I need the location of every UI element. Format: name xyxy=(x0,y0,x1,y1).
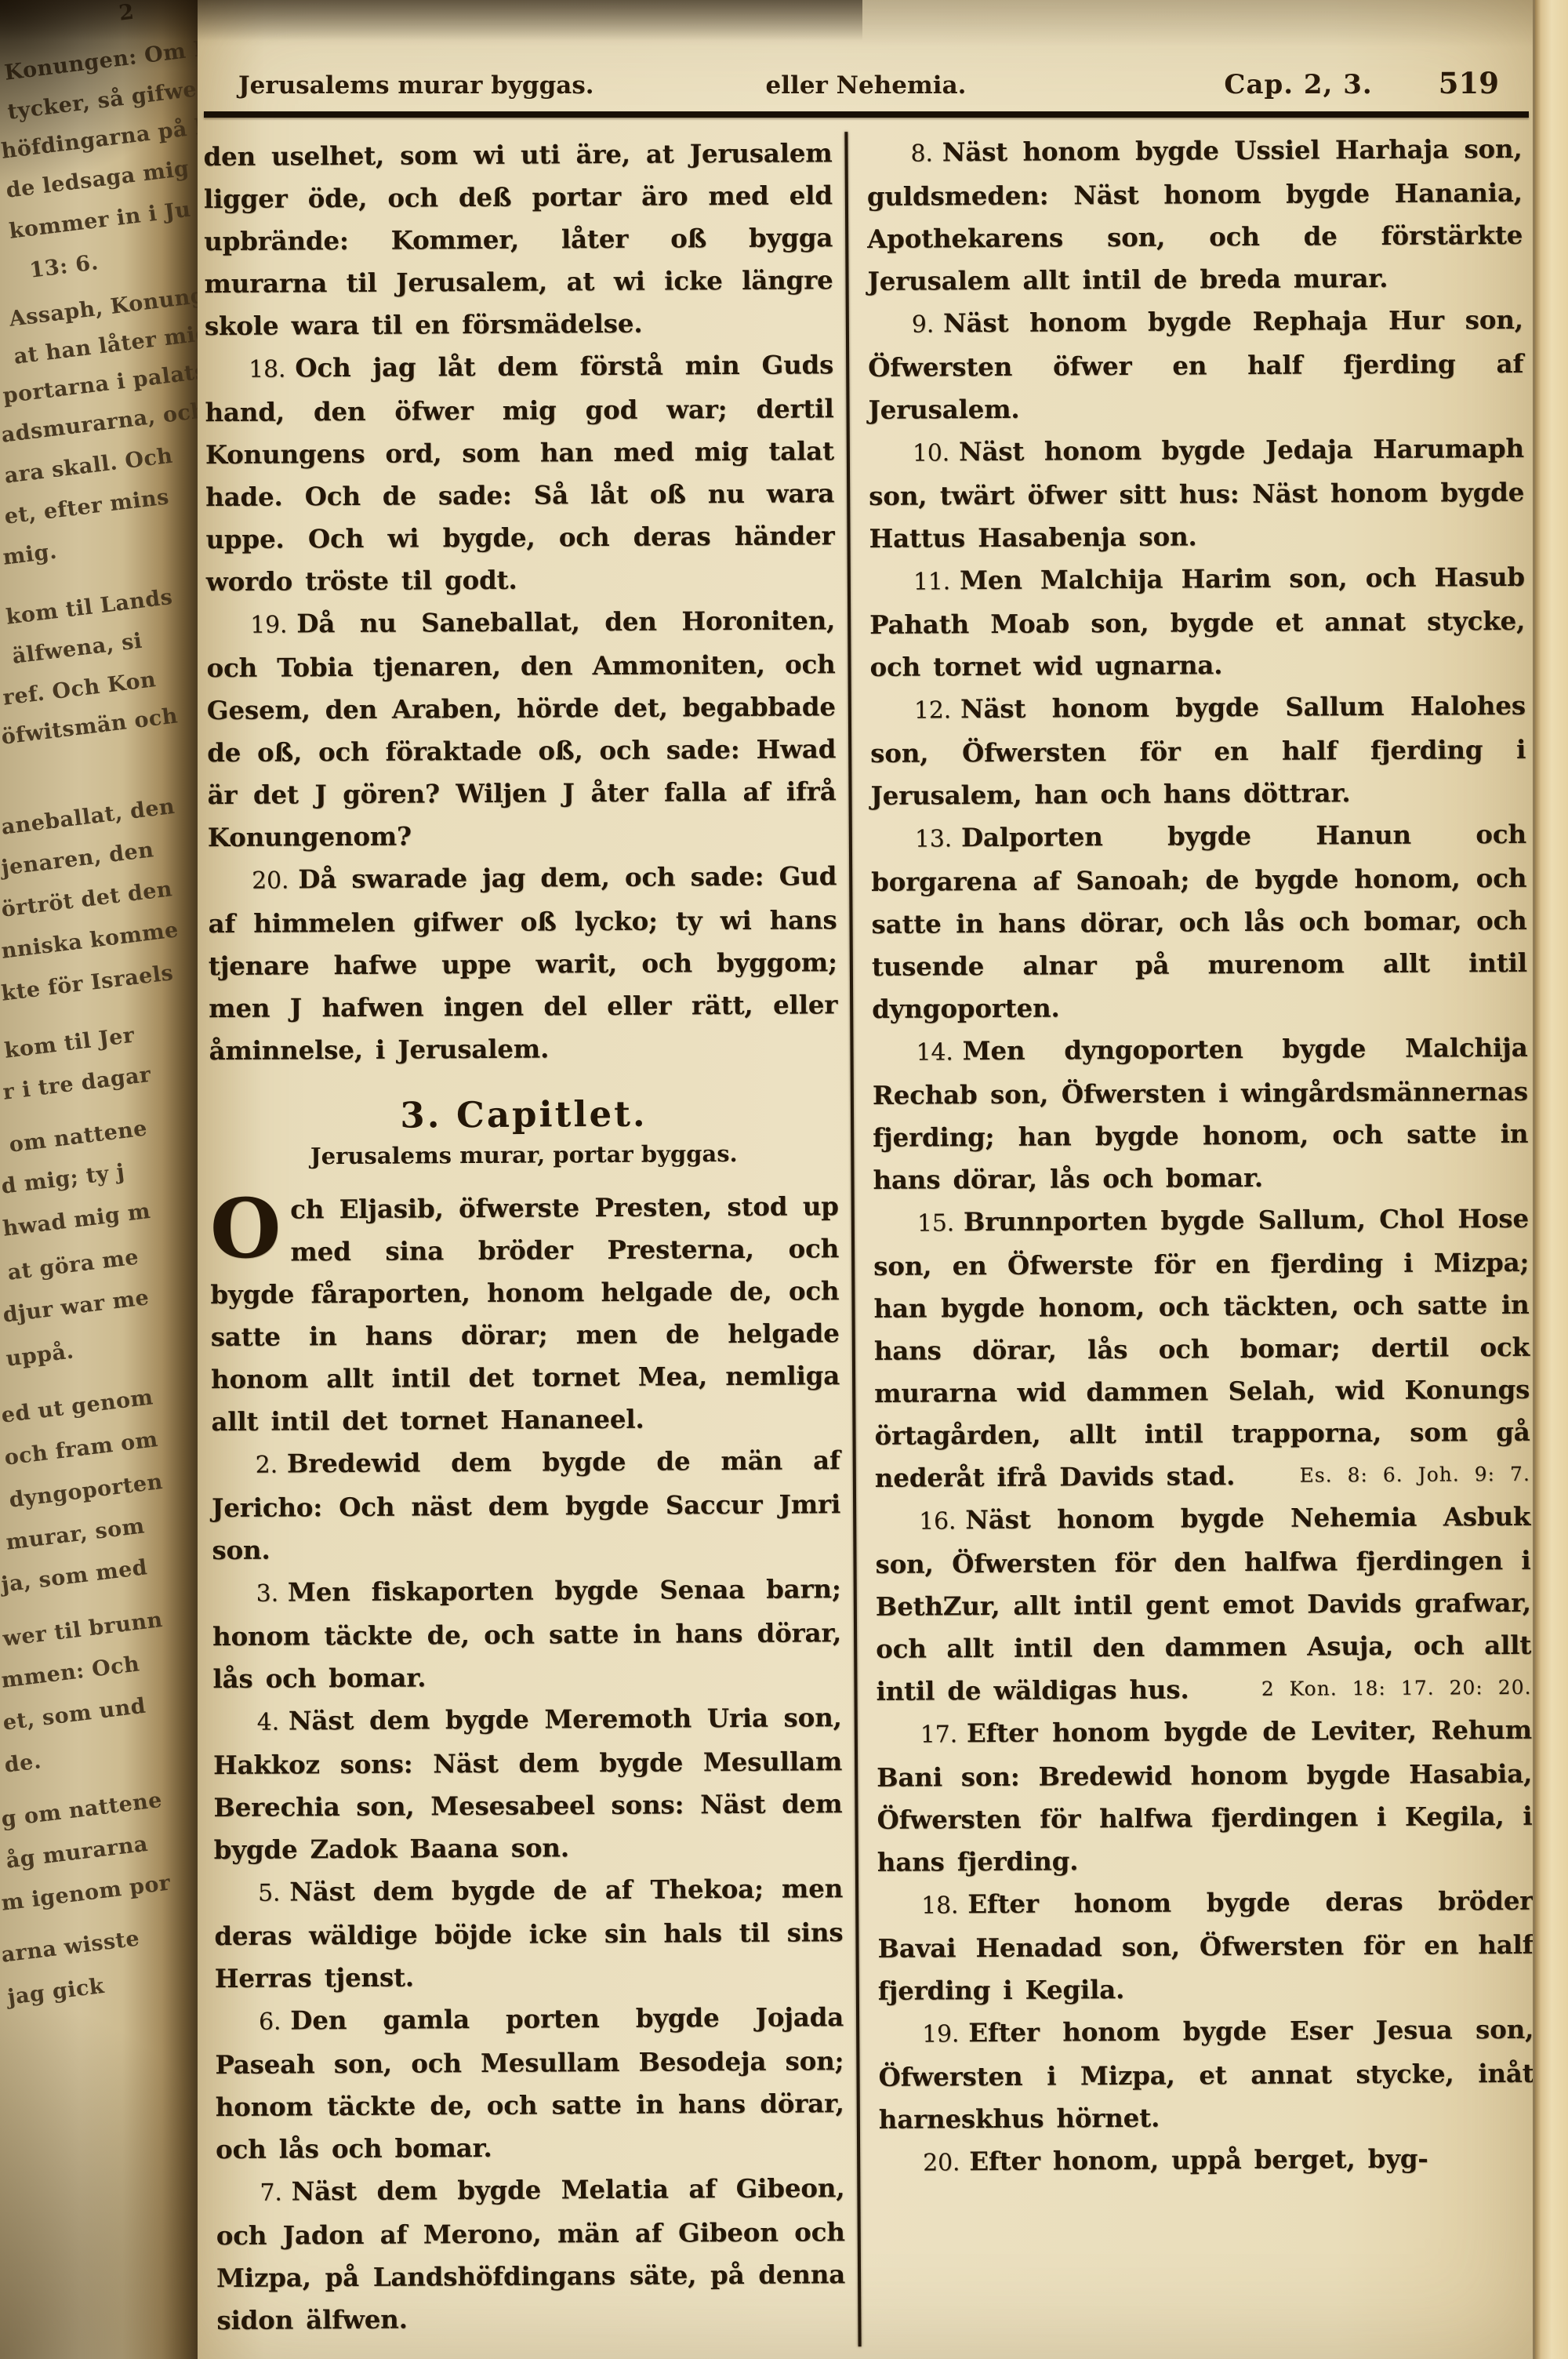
cross-reference: Es. 8: 6. Joh. 9: 7. xyxy=(1255,1453,1530,1497)
margin-fragment: at han låter mig xyxy=(13,321,198,369)
margin-fragment: ref. Och Kon xyxy=(2,667,158,711)
verse-number: 7. xyxy=(260,2179,291,2207)
chapter-subtitle: Jerusalems murar, portar byggas. xyxy=(209,1140,838,1170)
margin-fragment: adsmurarna, och xyxy=(0,398,198,448)
column-divider xyxy=(844,132,861,2346)
margin-fragment: murar, som xyxy=(5,1514,146,1554)
margin-fragment: de. xyxy=(3,1749,42,1777)
right-page-edge xyxy=(1533,0,1568,2359)
margin-fragment: hwad mig m xyxy=(2,1199,152,1241)
verse-number: 13. xyxy=(915,825,961,852)
margin-fragment: jag gick xyxy=(6,1974,106,2010)
verse-text: Efter honom bygde Eser Jesua son, Öfwers… xyxy=(878,2014,1534,2135)
verse-number: 12. xyxy=(914,696,960,724)
verse-text: den uselhet, som wi uti äre, at Jerusale… xyxy=(203,137,833,341)
verse-number: 14. xyxy=(916,1038,962,1066)
verse-paragraph: 14.Men dyngoporten bygde Malchija Rechab… xyxy=(872,1027,1528,1201)
verse-text: Och jag låt dem förstå min Guds hand, de… xyxy=(205,349,834,597)
verse-paragraph: 17.Efter honom bygde de Leviter, Rehum B… xyxy=(877,1709,1533,1884)
verse-number: 15. xyxy=(917,1209,964,1237)
margin-fragment: uppå. xyxy=(5,1339,75,1371)
verse-text: Näst honom bygde Rephaja Hur son, Öfwers… xyxy=(868,304,1523,425)
verse-paragraph: 19.Efter honom bygde Eser Jesua son, Öfw… xyxy=(878,2008,1534,2141)
verse-number: 10. xyxy=(913,439,959,467)
verse-paragraph: 11.Men Malchija Harim son, och Hasub Pah… xyxy=(869,556,1526,689)
margin-fragment: och fram om xyxy=(3,1427,159,1470)
left-column: den uselhet, som wi uti äre, at Jerusale… xyxy=(203,132,845,2350)
verse-number: 18. xyxy=(249,355,295,383)
verse-paragraph: 9.Näst honom bygde Rephaja Hur son, Öfwe… xyxy=(868,299,1524,431)
margin-fragment: mmen: Och xyxy=(0,1652,141,1692)
verse-paragraph: 2.Bredewid dem bygde de män af Jericho: … xyxy=(212,1439,841,1572)
verse-paragraph: 3.Men fiskaporten bygde Senaa barn; hono… xyxy=(212,1568,842,1700)
verse-paragraph: 4.Näst dem bygde Meremoth Uria son, Hakk… xyxy=(213,1696,843,1871)
verse-number: 19. xyxy=(922,2020,968,2048)
verse-text: Näst honom bygde Jedaja Harumaph son, tw… xyxy=(869,433,1524,554)
margin-fragment: ed ut genom xyxy=(0,1385,154,1428)
margin-fragment: et, efter mins xyxy=(3,485,170,529)
verse-text: Då nu Saneballat, den Horoniten, och Tob… xyxy=(206,605,836,852)
margin-fragment: at göra me xyxy=(6,1245,140,1285)
verse-paragraph: 7.Näst dem bygde Melatia af Gibeon, och … xyxy=(216,2167,845,2342)
chapter-heading: 3. Capitlet. xyxy=(209,1092,838,1137)
verse-text: ch Eljasib, öfwerste Presten, stod up me… xyxy=(210,1190,840,1437)
verse-text: Brunnporten bygde Sallum, Chol Hose son,… xyxy=(873,1203,1530,1493)
margin-fragment: älfwena, si xyxy=(11,629,143,669)
margin-fragment: wer til brunn xyxy=(2,1608,164,1652)
verse-text: Bredewid dem bygde de män af Jericho: Oc… xyxy=(212,1445,840,1565)
verse-number: 3. xyxy=(256,1580,288,1608)
margin-fragment: kommer in i Ju xyxy=(8,198,192,244)
margin-fragment: åg murarna xyxy=(5,1832,149,1874)
verse-number: 20. xyxy=(252,867,298,894)
margin-fragment: öfwitsmän och xyxy=(0,703,180,749)
verse-paragraph: 8.Näst honom bygde Ussiel Harhaja son, g… xyxy=(866,128,1523,303)
verse-paragraph: Och Eljasib, öfwerste Presten, stod up m… xyxy=(210,1185,840,1443)
verse-text: Den gamla porten bygde Jojada Paseah son… xyxy=(215,2001,844,2165)
margin-fragment: ara skall. Och xyxy=(3,444,174,489)
margin-fragment: et, som und xyxy=(2,1694,147,1736)
verse-paragraph: 19.Då nu Saneballat, den Horoniten, och … xyxy=(206,599,837,859)
margin-fragment: 2 xyxy=(118,0,136,26)
margin-fragment: d mig; ty j xyxy=(0,1160,126,1199)
prev-page-edge: 2Konungen: Om Ktycker, så gifwe hahöfdin… xyxy=(0,0,198,2359)
margin-fragment: r i tre dagar xyxy=(2,1063,152,1105)
verse-number: 4. xyxy=(257,1709,289,1736)
margin-fragment: arna wisste xyxy=(0,1926,141,1967)
verse-text: Näst dem bygde Melatia af Gibeon, och Ja… xyxy=(216,2172,846,2335)
verse-text: Efter honom bygde de Leviter, Rehum Bani… xyxy=(877,1714,1533,1877)
verse-text: Dalporten bygde Hanun och borgarena af S… xyxy=(871,819,1527,1024)
verse-number: 2. xyxy=(256,1452,287,1479)
cross-reference: 2 Kon. 18: 17. 20: 20. xyxy=(1218,1667,1532,1710)
page-header: Jerusalems murar byggas. eller Nehemia. … xyxy=(198,66,1535,100)
verse-number: 20. xyxy=(923,2149,969,2176)
verse-text: Efter honom bygde deras bröder Bavai Hen… xyxy=(877,1885,1533,2006)
verse-text: Näst dem bygde de af Thekoa; men deras w… xyxy=(214,1873,843,1994)
margin-fragment: aneballat, den xyxy=(0,794,176,840)
text-columns: den uselhet, som wi uti äre, at Jerusale… xyxy=(191,128,1541,2350)
verse-paragraph: 20.Då swarade jag dem, och sade: Gud af … xyxy=(208,855,838,1072)
chapter-ref: Cap. 2, 3. xyxy=(1224,69,1372,100)
verse-paragraph: 16.Näst honom bygde Nehemia Asbuk son, Ö… xyxy=(875,1496,1532,1713)
margin-fragment: Assaph, Konunge xyxy=(8,282,198,332)
verse-paragraph: 18.Efter honom bygde deras bröder Bavai … xyxy=(877,1880,1534,2012)
verse-number: 6. xyxy=(259,2008,290,2036)
margin-fragment: ja, som med xyxy=(0,1555,149,1598)
verse-paragraph: 18.Och jag låt dem förstå min Guds hand,… xyxy=(205,343,835,603)
verse-text: Näst honom bygde Sallum Halohes son, Öfw… xyxy=(870,690,1526,811)
margin-fragment: m igenom por xyxy=(0,1871,172,1916)
verse-text: Näst honom bygde Ussiel Harhaja son, gul… xyxy=(867,133,1523,296)
verse-paragraph: 10.Näst honom bygde Jedaja Harumaph son,… xyxy=(869,427,1525,560)
verse-paragraph: 5.Näst dem bygde de af Thekoa; men deras… xyxy=(214,1867,844,2000)
margin-fragment: g om nattene xyxy=(0,1788,164,1832)
margin-fragment: kom til Jer xyxy=(3,1023,136,1063)
verse-number: 5. xyxy=(258,1880,289,1907)
verse-text: Då swarade jag dem, och sade: Gud af him… xyxy=(208,860,837,1066)
verse-text: Men fiskaporten bygde Senaa barn; honom … xyxy=(212,1573,841,1694)
margin-fragment: Konungen: Om K xyxy=(3,35,198,85)
margin-fragment: örtröt det den xyxy=(0,877,174,922)
verse-number: 16. xyxy=(919,1507,965,1535)
verse-paragraph: 6.Den gamla porten bygde Jojada Paseah s… xyxy=(215,1996,844,2171)
drop-cap-initial: O xyxy=(210,1188,291,1263)
margin-fragment: nniska komme xyxy=(0,918,180,963)
verse-paragraph: 13.Dalporten bygde Hanun och borgarena a… xyxy=(871,813,1528,1030)
verse-text: Men dyngoporten bygde Malchija Rechab so… xyxy=(873,1032,1529,1195)
margin-fragment: kte för Israels xyxy=(0,961,175,1006)
verse-paragraph: den uselhet, som wi uti äre, at Jerusale… xyxy=(203,132,833,347)
right-column: 8.Näst honom bygde Ussiel Harhaja son, g… xyxy=(866,128,1535,2346)
margin-fragment: om nattene xyxy=(8,1116,149,1157)
margin-fragment: dyngoporten xyxy=(8,1470,164,1513)
verse-number: 11. xyxy=(913,568,960,595)
verse-paragraph: 12.Näst honom bygde Sallum Halohes son, … xyxy=(870,685,1526,817)
verse-text: Efter honom, uppå berget, byg- xyxy=(969,2143,1428,2177)
verse-text: Men Malchija Harim son, och Hasub Pahath… xyxy=(869,562,1525,682)
verse-number: 8. xyxy=(910,140,942,167)
margin-fragment: mig. xyxy=(2,540,58,570)
verse-number: 17. xyxy=(920,1721,967,1748)
verse-text: Näst dem bygde Meremoth Uria son, Hakkoz… xyxy=(213,1702,843,1865)
book-page: Jerusalems murar byggas. eller Nehemia. … xyxy=(198,0,1535,2359)
book-title: eller Nehemia. xyxy=(766,71,1053,100)
verse-number: 19. xyxy=(250,611,296,638)
verse-paragraph: 20.Efter honom, uppå berget, byg- xyxy=(879,2137,1534,2185)
margin-fragment: 13: 6. xyxy=(28,250,100,283)
book-photo: 2Konungen: Om Ktycker, så gifwe hahöfdin… xyxy=(0,0,1568,2359)
margin-fragment: djur war me xyxy=(2,1285,151,1328)
page-number: 519 xyxy=(1439,66,1499,100)
margin-fragment: kom til Lands xyxy=(5,585,174,630)
verse-number: 18. xyxy=(921,1892,967,1919)
running-title-left: Jerusalems murar byggas. xyxy=(238,71,594,100)
verse-paragraph: 15.Brunnporten bygde Sallum, Chol Hose s… xyxy=(873,1198,1530,1499)
verse-number: 9. xyxy=(912,311,943,338)
header-rule xyxy=(204,111,1529,118)
margin-fragment: jenaren, den xyxy=(0,838,155,881)
